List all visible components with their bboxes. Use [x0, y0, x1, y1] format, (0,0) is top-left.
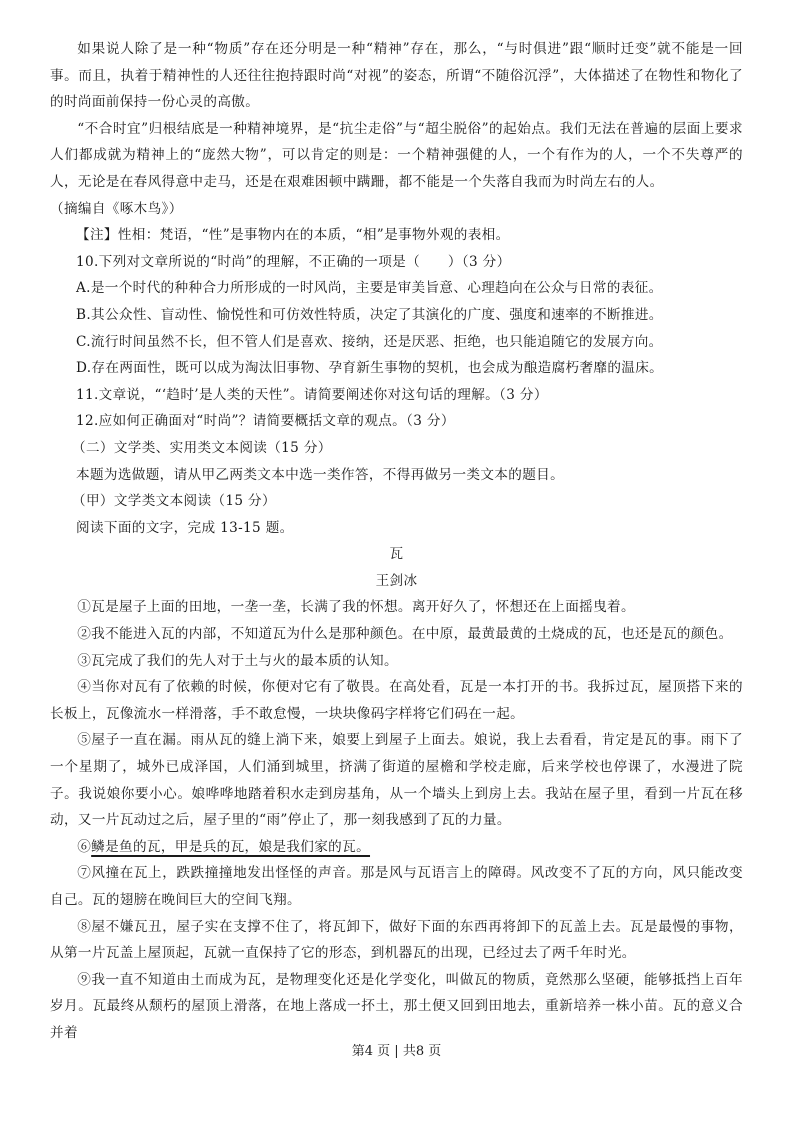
article-paragraph: ②我不能进入瓦的内部，不知道瓦为什么是那种颜色。在中原，最黄最黄的土烧成的瓦，也…: [50, 621, 743, 648]
paragraph-number: ⑥: [77, 839, 91, 855]
source-citation: （摘编自《啄木鸟》）: [50, 196, 743, 223]
essay-paragraph: 如果说人除了是一种“物质”存在还分明是一种“精神”存在，那么，“与时俱进”跟“顺…: [50, 36, 743, 116]
option-b: B.其公众性、盲动性、愉悦性和可仿效性特质，决定了其演化的广度、强度和速率的不断…: [50, 302, 743, 329]
page-body: 如果说人除了是一种“物质”存在还分明是一种“精神”存在，那么，“与时俱进”跟“顺…: [50, 36, 743, 1047]
footnote: 【注】性相：梵语，“性”是事物内在的本质，“相”是事物外观的表相。: [50, 222, 743, 249]
section-heading: （二）文学类、实用类文本阅读（15 分）: [50, 435, 743, 462]
article-paragraph-6: ⑥鳞是鱼的瓦，甲是兵的瓦，娘是我们家的瓦。: [50, 834, 743, 861]
reading-lead: 阅读下面的文字，完成 13-15 题。: [50, 515, 743, 542]
article-paragraph: ⑤屋子一直在漏。雨从瓦的缝上淌下来，娘要上到屋子上面去。娘说，我上去看看，肯定是…: [50, 727, 743, 833]
article-title: 瓦: [50, 541, 743, 568]
question-10: 10.下列对文章所说的“时尚”的理解，不正确的一项是（ ）（3 分）: [50, 249, 743, 276]
page-footer: 第4 页 | 共8 页: [0, 1040, 793, 1059]
article-paragraph: ①瓦是屋子上面的田地，一垄一垄，长满了我的怀想。离开好久了，怀想还在上面摇曳着。: [50, 594, 743, 621]
option-d: D.存在两面性，既可以成为淘汰旧事物、孕育新生事物的契机，也会成为酿造腐朽奢靡的…: [50, 355, 743, 382]
question-12: 12.应如何正确面对“时尚”？请简要概括文章的观点。（3 分）: [50, 408, 743, 435]
section-instruction: 本题为选做题，请从甲乙两类文本中选一类作答，不得再做另一类文本的题目。: [50, 462, 743, 489]
essay-paragraph: “不合时宜”归根结底是一种精神境界，是“抗尘走俗”与“超尘脱俗”的起始点。我们无…: [50, 116, 743, 196]
article-author: 王剑冰: [50, 568, 743, 595]
underlined-sentence: 鳞是鱼的瓦，甲是兵的瓦，娘是我们家的瓦。: [91, 839, 370, 855]
option-c: C.流行时间虽然不长，但不管人们是喜欢、接纳，还是厌恶、拒绝，也只能追随它的发展…: [50, 329, 743, 356]
question-11: 11.文章说，“‘趋时’是人类的天性”。请简要阐述你对这句话的理解。（3 分）: [50, 382, 743, 409]
option-a: A.是一个时代的种种合力所形成的一时风尚，主要是审美旨意、心理趋向在公众与日常的…: [50, 275, 743, 302]
article-paragraph: ④当你对瓦有了依赖的时候，你便对它有了敬畏。在高处看，瓦是一本打开的书。我拆过瓦…: [50, 674, 743, 727]
sub-section-heading: （甲）文学类文本阅读（15 分）: [50, 488, 743, 515]
article-paragraph: ⑨我一直不知道由土而成为瓦，是物理变化还是化学变化，叫做瓦的物质，竟然那么坚硬，…: [50, 967, 743, 1047]
article-paragraph: ③瓦完成了我们的先人对于土与火的最本质的认知。: [50, 648, 743, 675]
article-paragraph: ⑧屋不嫌瓦丑，屋子实在支撑不住了，将瓦卸下，做好下面的东西再将卸下的瓦盖上去。瓦…: [50, 914, 743, 967]
article-paragraph: ⑦风撞在瓦上，跌跌撞撞地发出怪怪的声音。那是风与瓦语言上的障碍。风改变不了瓦的方…: [50, 860, 743, 913]
